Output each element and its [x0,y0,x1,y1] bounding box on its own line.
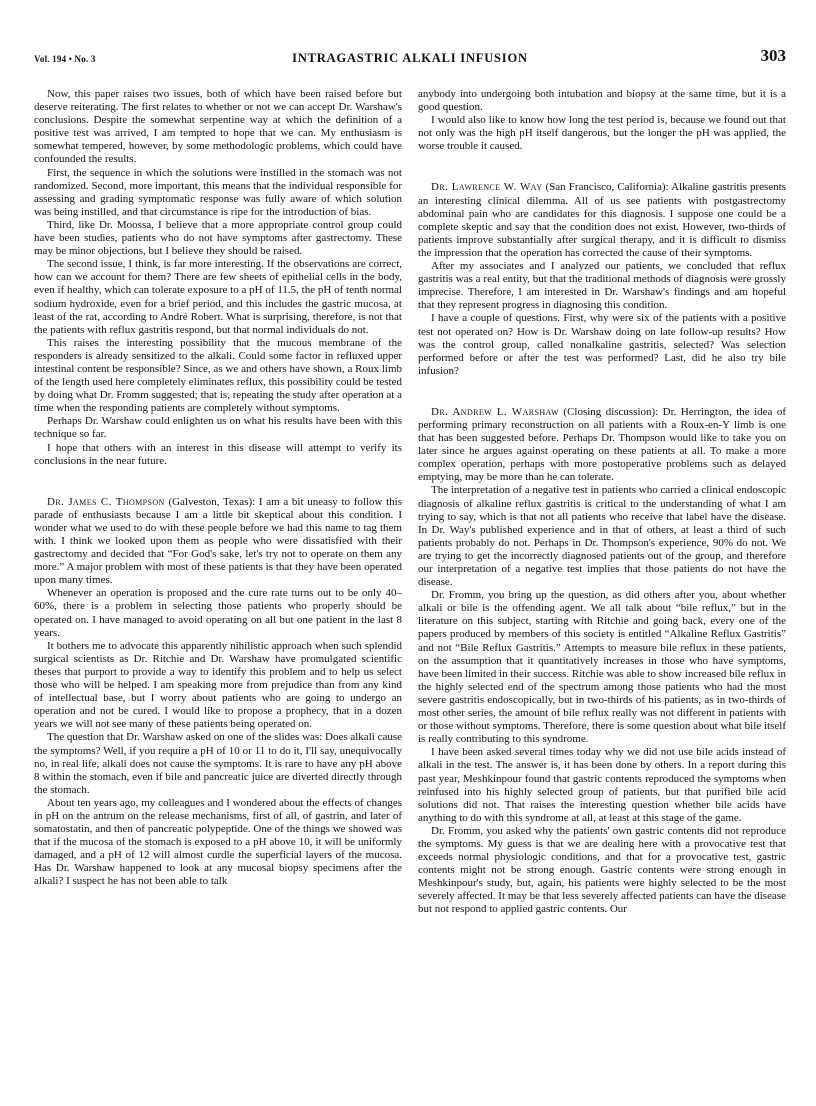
journal-page: Vol. 194 • No. 3 INTRAGASTRIC ALKALI INF… [0,0,816,1106]
paragraph: I have a couple of questions. First, why… [418,312,786,377]
paragraph: Dr. Fromm, you bring up the question, as… [418,589,786,746]
paragraph: Whenever an operation is proposed and th… [34,587,402,639]
speaker-paragraph: Dr. Lawrence W. Way (San Francisco, Cali… [418,181,786,260]
paragraph: I hope that others with an interest in t… [34,442,402,468]
page-header: Vol. 194 • No. 3 INTRAGASTRIC ALKALI INF… [34,48,786,70]
paragraph: The question that Dr. Warshaw asked on o… [34,731,402,796]
left-column: Now, this paper raises two issues, both … [34,88,402,1048]
paragraph: It bothers me to advocate this apparentl… [34,640,402,732]
paragraph: After my associates and I analyzed our p… [418,260,786,312]
paragraph: The second issue, I think, is far more i… [34,258,402,337]
paragraph: About ten years ago, my colleagues and I… [34,797,402,889]
paragraph: Now, this paper raises two issues, both … [34,88,402,167]
paragraph: anybody into undergoing both intubation … [418,88,786,114]
paragraph: Perhaps Dr. Warshaw could enlighten us o… [34,415,402,441]
two-column-text-body: Now, this paper raises two issues, both … [34,88,786,1048]
paragraph: The interpretation of a negative test in… [418,484,786,589]
speaker-name: Dr. James C. Thompson [47,496,165,508]
speaker-name: Dr. Andrew L. Warshaw [431,406,559,418]
right-column: anybody into undergoing both intubation … [418,88,786,1048]
paragraph: This raises the interesting possibility … [34,337,402,416]
speaker-name: Dr. Lawrence W. Way [431,181,542,193]
paragraph: Third, like Dr. Moossa, I believe that a… [34,219,402,258]
speaker-paragraph: Dr. Andrew L. Warshaw (Closing discussio… [418,406,786,485]
paragraph: I have been asked several times today wh… [418,746,786,825]
paragraph: Dr. Fromm, you asked why the patients' o… [418,825,786,917]
paragraph: I would also like to know how long the t… [418,114,786,153]
speaker-paragraph: Dr. James C. Thompson (Galveston, Texas)… [34,496,402,588]
paragraph: First, the sequence in which the solutio… [34,167,402,219]
running-title: INTRAGASTRIC ALKALI INFUSION [34,51,786,66]
page-number: 303 [761,46,787,66]
